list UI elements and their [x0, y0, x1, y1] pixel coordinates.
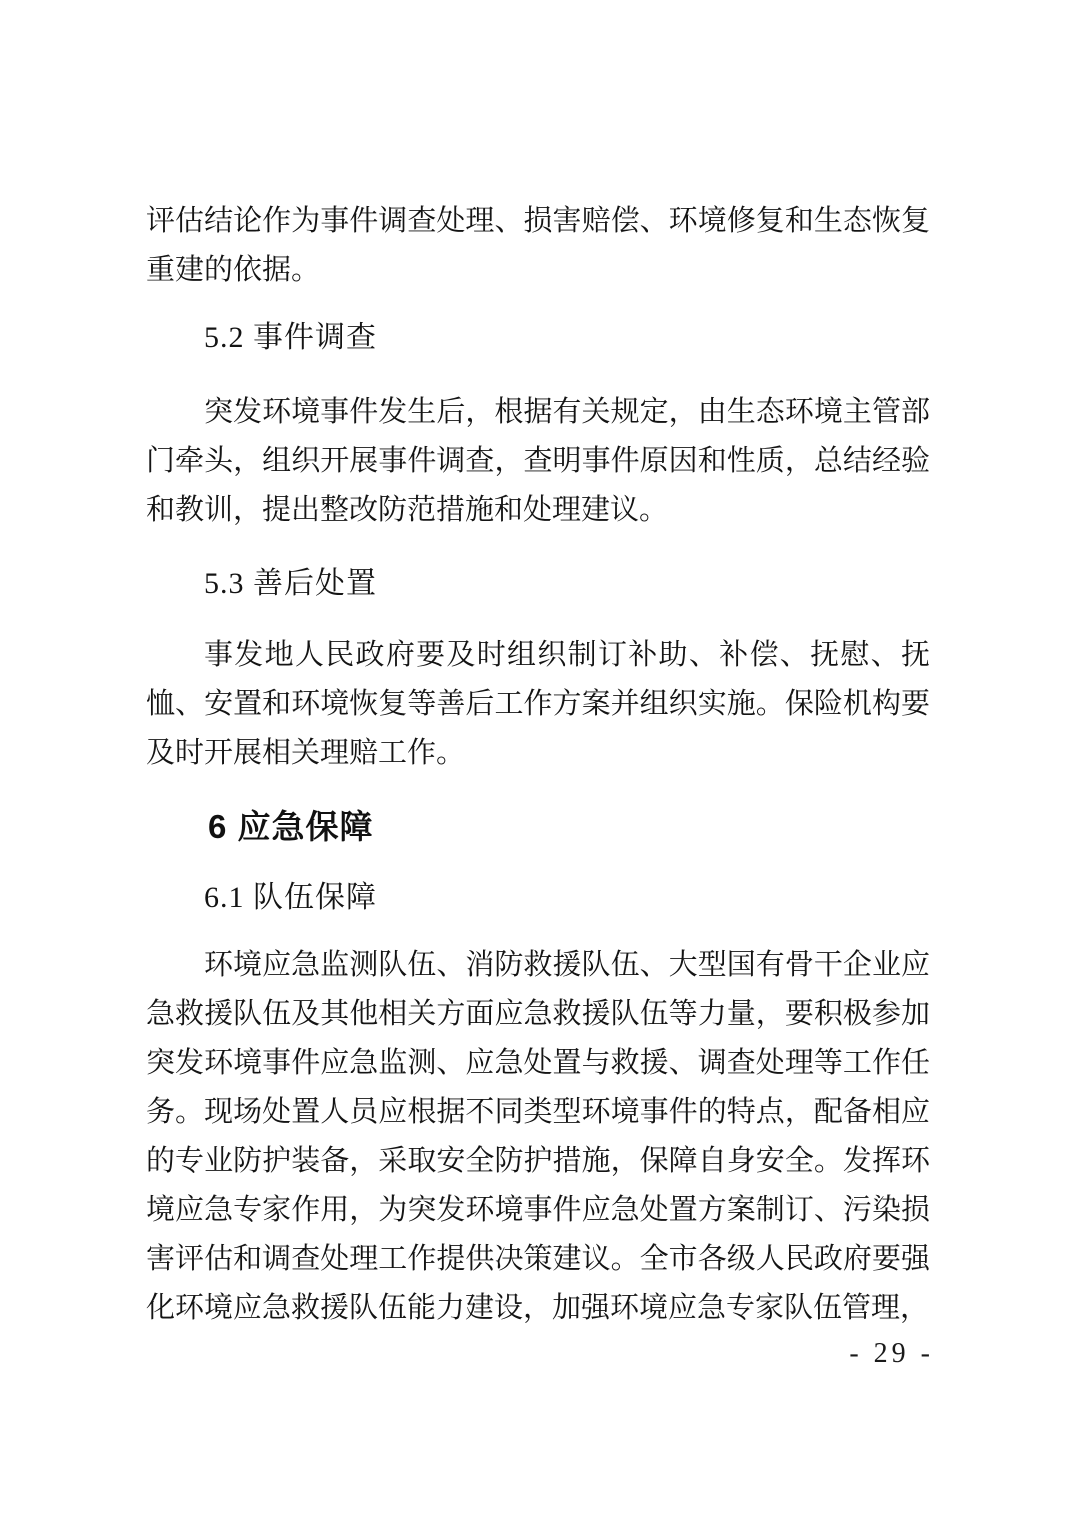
paragraph-6-1-body: 环境应急监测队伍、消防救援队伍、大型国有骨干企业应急救援队伍及其他相关方面应急救…: [146, 941, 930, 1333]
page-number: - 29 -: [849, 1338, 934, 1370]
heading-5-3-aftermath-disposal: 5.3 善后处置: [146, 559, 930, 608]
paragraph-5-3-body: 事发地人民政府要及时组织制订补助、补偿、抚慰、抚恤、安置和环境恢复等善后工作方案…: [146, 631, 930, 778]
document-page: 评估结论作为事件调查处理、损害赔偿、环境修复和生态恢复重建的依据。 5.2 事件…: [0, 0, 1074, 1520]
paragraph-5-2-body: 突发环境事件发生后，根据有关规定，由生态环境主管部门牵头，组织开展事件调查，查明…: [146, 388, 930, 535]
document-body: 评估结论作为事件调查处理、损害赔偿、环境修复和生态恢复重建的依据。 5.2 事件…: [146, 197, 930, 1333]
heading-6-1-team-support: 6.1 队伍保障: [146, 873, 930, 922]
heading-5-2-incident-investigation: 5.2 事件调查: [146, 313, 930, 362]
paragraph-continuation: 评估结论作为事件调查处理、损害赔偿、环境修复和生态恢复重建的依据。: [146, 197, 930, 295]
heading-6-emergency-support: 6 应急保障: [146, 802, 930, 852]
